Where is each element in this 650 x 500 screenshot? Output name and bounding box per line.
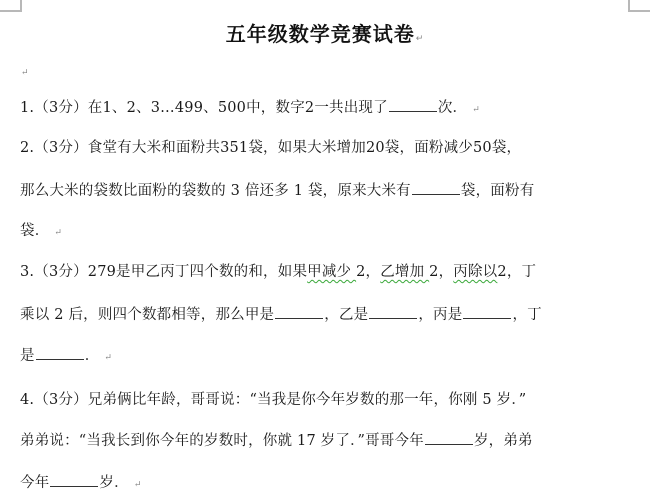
question-text: 2，丁: [497, 264, 536, 280]
paragraph-mark-icon: ↵: [104, 353, 112, 363]
question-2-line-1[interactable]: 2.（3分）食堂有大米和面粉共351袋，如果大米增加20袋，面粉减少50袋，: [20, 137, 630, 159]
empty-paragraph[interactable]: ↵: [20, 60, 630, 84]
question-points: （3分）: [34, 140, 88, 156]
question-text: 是: [20, 348, 35, 364]
question-text: 那么大米的袋数比面粉的袋数的 3 倍还多 1 袋，原来大米有: [20, 183, 411, 199]
answer-blank[interactable]: [275, 303, 323, 319]
paragraph-mark-icon: ↵: [134, 480, 142, 490]
grammar-flagged-text[interactable]: 乙增加: [380, 264, 429, 280]
answer-blank[interactable]: [369, 303, 417, 319]
answer-blank[interactable]: [412, 179, 460, 195]
page-corner-mark-top-right: [628, 0, 650, 12]
question-text: ，丙是: [418, 307, 462, 323]
question-4-line-1[interactable]: 4.（3分）兄弟俩比年龄，哥哥说：“当我是你今年岁数的那一年，你刚 5 岁．”: [20, 389, 630, 411]
answer-blank[interactable]: [389, 96, 437, 112]
question-points: （3分）: [34, 392, 88, 408]
grammar-flagged-text[interactable]: 丙除以: [453, 264, 497, 280]
paragraph-mark-icon: ↵: [21, 68, 29, 78]
answer-blank[interactable]: [36, 344, 84, 360]
document-title[interactable]: 五年级数学竞赛试卷↵: [0, 20, 650, 53]
question-4-line-2[interactable]: 弟弟说：“当我长到你今年的岁数时，你就 17 岁了．”哥哥今年岁，弟弟: [20, 429, 630, 452]
question-text: 乘以 2 后，则四个数都相等，那么甲是: [20, 307, 274, 323]
question-2-line-3[interactable]: 袋．↵: [20, 220, 630, 244]
question-number: 3.: [20, 264, 34, 280]
question-text: 食堂有大米和面粉共351袋，如果大米增加20袋，面粉减少50袋，: [88, 140, 521, 156]
paragraph-mark-icon: ↵: [472, 105, 480, 115]
question-text: 弟弟说：“当我长到你今年的岁数时，你就 17 岁了．”哥哥今年: [20, 433, 424, 449]
question-text: 2，: [356, 264, 380, 280]
answer-blank[interactable]: [425, 429, 473, 445]
question-text: ，乙是: [324, 307, 368, 323]
question-number: 4.: [20, 392, 34, 408]
question-2-line-2[interactable]: 那么大米的袋数比面粉的袋数的 3 倍还多 1 袋，原来大米有袋，面粉有: [20, 179, 630, 202]
page-corner-mark-top-left: [0, 0, 22, 12]
question-points: （3分）: [34, 100, 88, 116]
question-3-line-1[interactable]: 3.（3分）279是甲乙丙丁四个数的和，如果甲减少 2，乙增加 2，丙除以2，丁: [20, 261, 630, 283]
question-number: 2.: [20, 140, 34, 156]
paragraph-mark-icon: ↵: [54, 228, 62, 238]
question-text: 岁，弟弟: [474, 433, 533, 449]
title-text: 五年级数学竞赛试卷: [226, 22, 415, 46]
question-number: 1.: [20, 100, 34, 116]
question-text: 在1、2、3…499、500中，数字2一共出现了: [88, 100, 388, 116]
question-text: 2，: [429, 264, 453, 280]
question-3-line-2[interactable]: 乘以 2 后，则四个数都相等，那么甲是，乙是，丙是，丁: [20, 303, 630, 326]
question-3-line-3[interactable]: 是．↵: [20, 344, 630, 369]
question-text: 袋，面粉有: [461, 183, 535, 199]
question-text: 兄弟俩比年龄，哥哥说：“当我是你今年岁数的那一年，你刚 5 岁．”: [88, 392, 527, 408]
answer-blank[interactable]: [463, 303, 511, 319]
question-text: 279是甲乙丙丁四个数的和，如果: [88, 264, 307, 280]
answer-blank[interactable]: [50, 471, 98, 487]
question-text: 岁．: [99, 475, 128, 491]
question-text: 次．: [438, 100, 467, 116]
paragraph-mark-icon: ↵: [416, 34, 425, 44]
question-points: （3分）: [34, 264, 88, 280]
grammar-flagged-text[interactable]: 甲减少: [307, 264, 356, 280]
question-text: 今年: [20, 475, 49, 491]
question-text: 袋．: [20, 223, 49, 239]
question-text: ．: [85, 348, 100, 364]
question-4-line-3[interactable]: 今年岁．↵: [20, 471, 630, 496]
question-1-line-1[interactable]: 1.（3分）在1、2、3…499、500中，数字2一共出现了次．↵: [20, 96, 630, 121]
question-text: ，丁: [512, 307, 541, 323]
